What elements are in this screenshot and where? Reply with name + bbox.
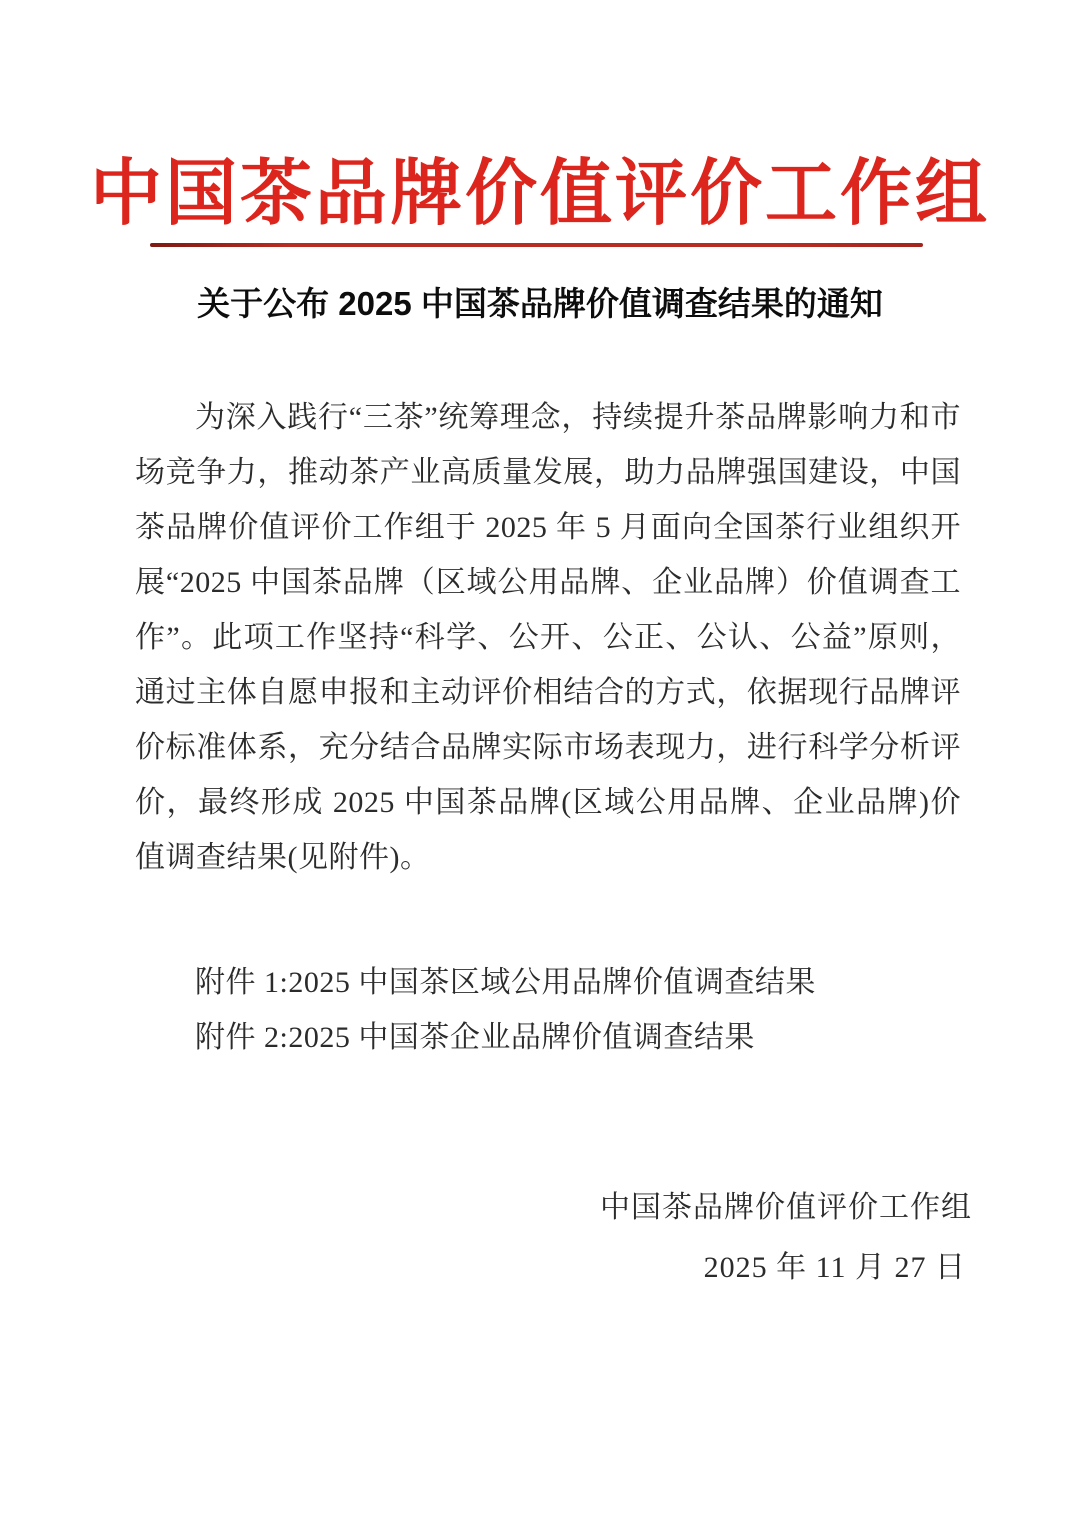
attachment-item-2: 附件 2:2025 中国茶企业品牌价值调查结果 (195, 1010, 816, 1065)
signature-org-name: 中国茶品牌价值评价工作组 (600, 1178, 972, 1238)
attachment-item-1: 附件 1:2025 中国茶区域公用品牌价值调查结果 (195, 955, 816, 1010)
attachment-list: 附件 1:2025 中国茶区域公用品牌价值调查结果 附件 2:2025 中国茶企… (195, 955, 816, 1065)
signature-block: 中国茶品牌价值评价工作组 2025 年 11 月 27 日 (600, 1178, 972, 1298)
document-page: 中国茶品牌价值评价工作组 关于公布 2025 中国茶品牌价值调查结果的通知 为深… (0, 0, 1080, 1528)
letterhead-divider-line (150, 243, 923, 247)
notice-title: 关于公布 2025 中国茶品牌价值调查结果的通知 (0, 286, 1080, 322)
letterhead-org-title: 中国茶品牌价值评价工作组 (0, 158, 1080, 230)
signature-date: 2025 年 11 月 27 日 (600, 1238, 972, 1298)
notice-body-paragraph: 为深入践行“三茶”统筹理念，持续提升茶品牌影响力和市场竞争力，推动茶产业高质量发… (135, 390, 961, 885)
